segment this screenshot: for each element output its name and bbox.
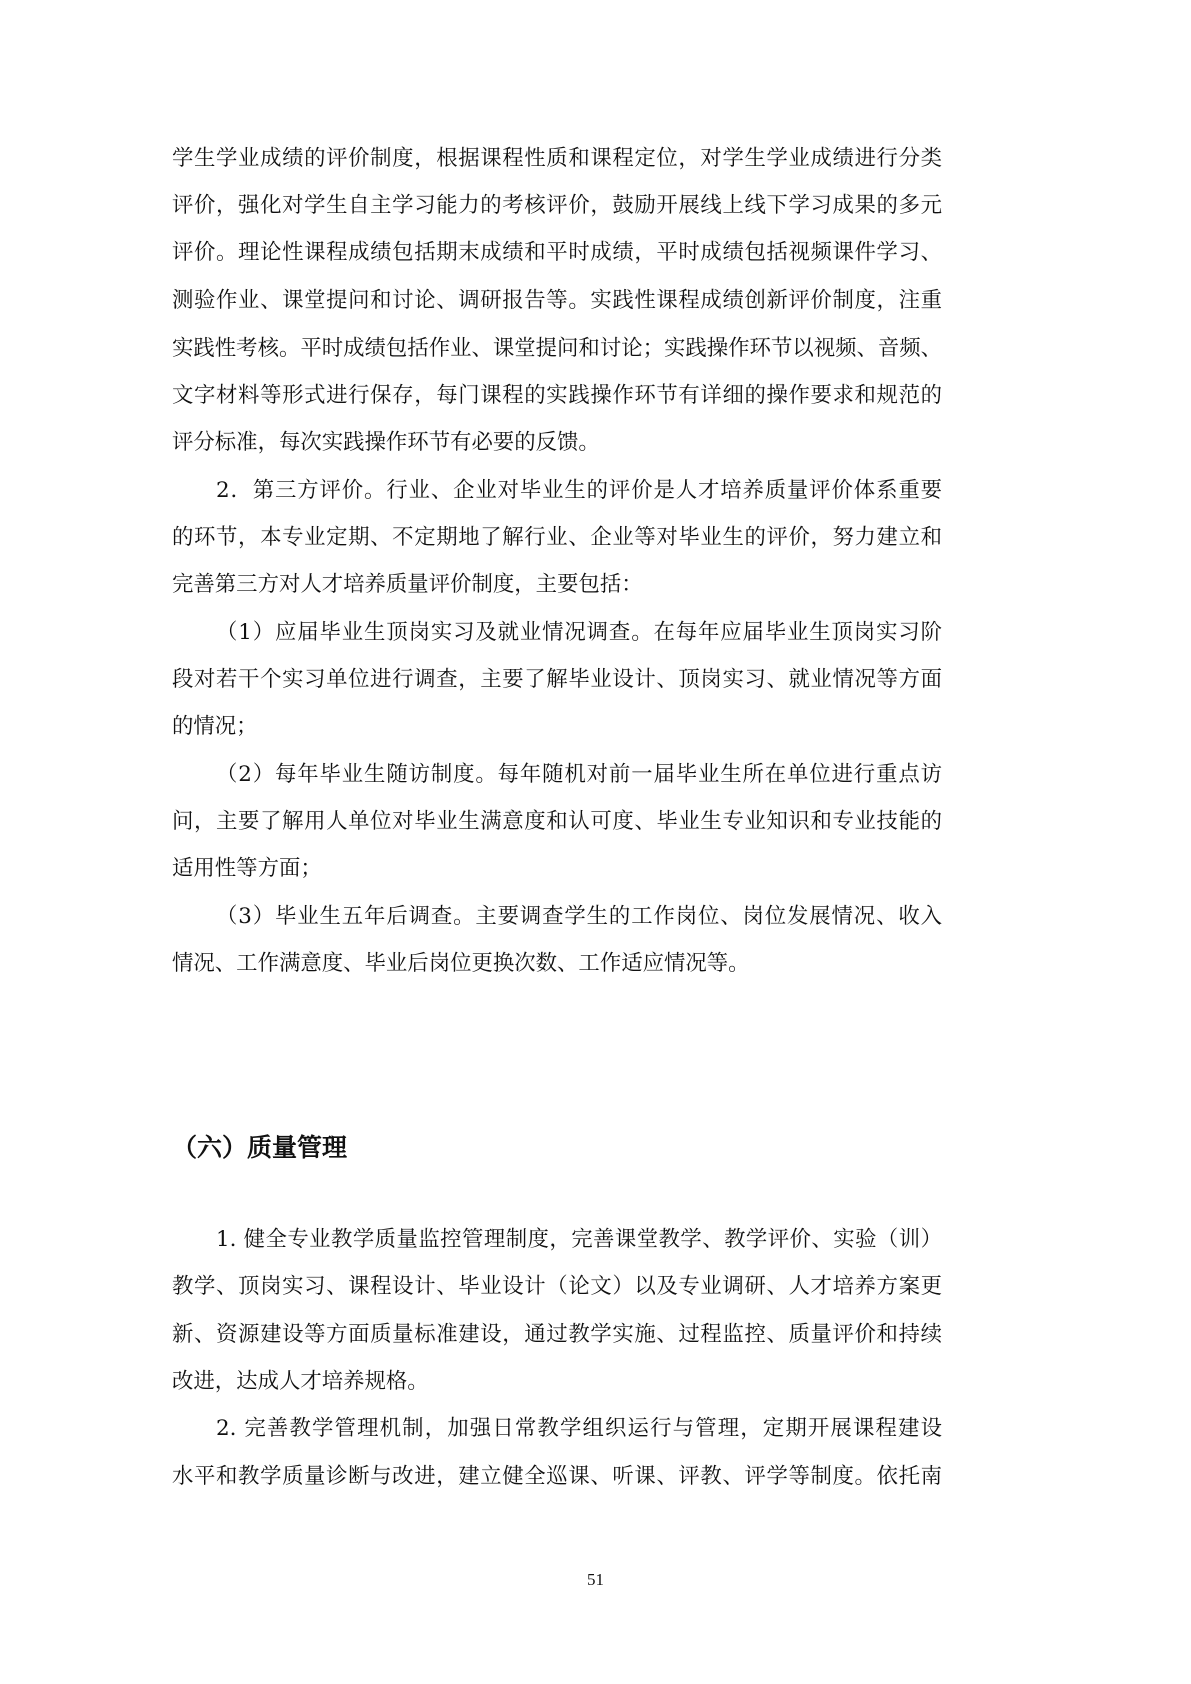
text-line: 的环节，本专业定期、不定期地了解行业、企业等对毕业生的评价，努力建立和 <box>172 523 942 553</box>
text-line: 问，主要了解用人单位对毕业生满意度和认可度、毕业生专业知识和专业技能的 <box>172 807 942 837</box>
text-line: 学生学业成绩的评价制度，根据课程性质和课程定位，对学生学业成绩进行分类 <box>172 144 942 174</box>
text-line: 新、资源建设等方面质量标准建设，通过教学实施、过程监控、质量评价和持续 <box>172 1320 942 1350</box>
text-line: 教学、顶岗实习、课程设计、毕业设计（论文）以及专业调研、人才培养方案更 <box>172 1272 942 1302</box>
text-line: （3）毕业生五年后调查。主要调查学生的工作岗位、岗位发展情况、收入 <box>216 902 942 932</box>
text-line: 水平和教学质量诊断与改进，建立健全巡课、听课、评教、评学等制度。依托南 <box>172 1462 942 1492</box>
text-line: 段对若干个实习单位进行调查，主要了解毕业设计、顶岗实习、就业情况等方面 <box>172 665 942 695</box>
text-line: 的情况； <box>172 712 942 742</box>
text-line: （2）每年毕业生随访制度。每年随机对前一届毕业生所在单位进行重点访 <box>216 760 942 790</box>
text-line: 情况、工作满意度、毕业后岗位更换次数、工作适应情况等。 <box>172 949 942 979</box>
text-line: 文字材料等形式进行保存，每门课程的实践操作环节有详细的操作要求和规范的 <box>172 381 942 411</box>
text-line: 适用性等方面； <box>172 854 942 884</box>
text-line: （1）应届毕业生顶岗实习及就业情况调查。在每年应届毕业生顶岗实习阶 <box>216 618 942 648</box>
text-line: 测验作业、课堂提问和讨论、调研报告等。实践性课程成绩创新评价制度，注重 <box>172 286 942 316</box>
section-heading: （六）质量管理 <box>172 1131 347 1165</box>
text-line: 评分标准，每次实践操作环节有必要的反馈。 <box>172 428 942 458</box>
text-line: 完善第三方对人才培养质量评价制度，主要包括： <box>172 570 942 600</box>
text-line: 2. 完善教学管理机制，加强日常教学组织运行与管理，定期开展课程建设 <box>216 1414 942 1444</box>
text-line: 改进，达成人才培养规格。 <box>172 1367 942 1397</box>
document-page: 学生学业成绩的评价制度，根据课程性质和课程定位，对学生学业成绩进行分类评价，强化… <box>0 0 1191 1684</box>
text-line: 评价。理论性课程成绩包括期末成绩和平时成绩，平时成绩包括视频课件学习、 <box>172 238 942 268</box>
text-line: 1. 健全专业教学质量监控管理制度，完善课堂教学、教学评价、实验（训） <box>216 1225 942 1255</box>
page-number: 51 <box>0 1570 1191 1590</box>
text-line: 评价，强化对学生自主学习能力的考核评价，鼓励开展线上线下学习成果的多元 <box>172 191 942 221</box>
text-line: 2．第三方评价。行业、企业对毕业生的评价是人才培养质量评价体系重要 <box>216 476 942 506</box>
text-line: 实践性考核。平时成绩包括作业、课堂提问和讨论；实践操作环节以视频、音频、 <box>172 334 942 364</box>
